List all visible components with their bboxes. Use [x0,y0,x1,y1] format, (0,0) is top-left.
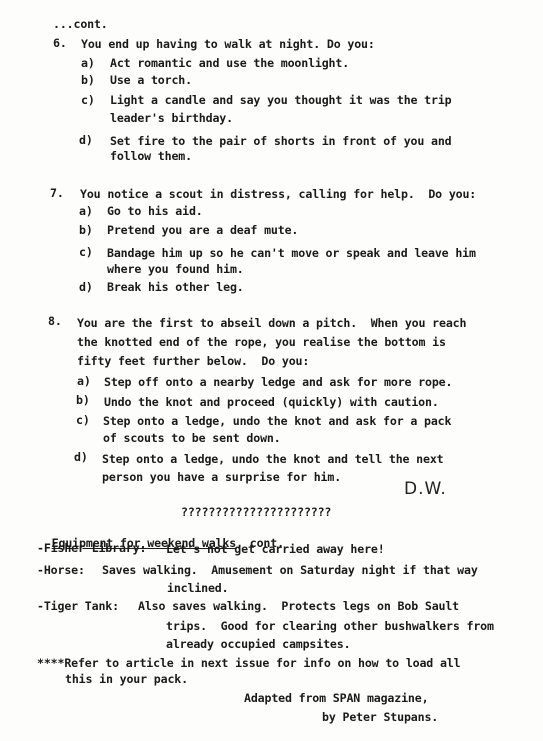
credit-author: by Peter Stupans. [322,710,438,724]
equipment-horse-name: -Horse: [37,563,85,577]
q8-option-b-text: Undo the knot and proceed (quickly) with… [104,395,439,409]
equipment-tiger-text: Also saves walking. Protects legs on Bob… [138,599,459,613]
cont-marker: ...cont. [53,17,108,31]
q6-option-c-text-2: leader's birthday. [110,111,233,125]
q7-option-b-text: Pretend you are a deaf mute. [107,223,298,237]
question-7-text: You notice a scout in distress, calling … [80,187,476,201]
question-8-text-1: You are the first to abseil down a pitch… [77,316,466,330]
question-8-number: 8. [48,314,62,328]
q7-option-d-text: Break his other leg. [107,280,244,294]
handwritten-signature: D.W. [404,479,447,499]
q8-option-d-text-2: person you have a surprise for him. [102,470,341,484]
q6-option-d-text-2: follow them. [110,149,192,163]
q7-option-a-text: Go to his aid. [107,204,203,218]
q6-option-b-text: Use a torch. [110,73,192,87]
equipment-fisher-text: Let's not get carried away here! [166,542,385,556]
q7-option-c-label: c) [79,245,93,259]
q6-option-c-label: c) [81,93,95,107]
question-8-text-2: the knotted end of the rope, you realise… [77,335,446,349]
equipment-tiger-text-2: trips. Good for clearing other bushwalke… [166,619,494,633]
question-6-number: 6. [53,36,67,50]
question-6-text: You end up having to walk at night. Do y… [81,37,375,51]
footnote-line-2: this in your pack. [65,672,188,686]
q6-option-d-label: d) [79,133,93,147]
question-7-number: 7. [50,186,64,200]
q8-option-a-text: Step off onto a nearby ledge and ask for… [104,375,452,389]
equipment-horse-text: Saves walking. Amusement on Saturday nig… [102,563,478,577]
q7-option-d-label: d) [79,280,93,294]
q8-option-c-text-2: of scouts to be sent down. [103,431,281,445]
footnote-line-1: ****Refer to article in next issue for i… [37,656,460,670]
q6-option-d-text: Set fire to the pair of shorts in front … [110,134,452,148]
section-separator: ?????????????????????? [181,505,331,519]
equipment-tiger-name: -Tiger Tank: [37,599,119,613]
q6-option-b-label: b) [81,73,95,87]
q8-option-a-label: a) [77,374,91,388]
equipment-fisher-name: -Fisher Library: [37,541,146,555]
q8-option-b-label: b) [76,393,90,407]
q8-option-c-label: c) [76,413,90,427]
q6-option-a-label: a) [81,56,95,70]
q7-option-b-label: b) [79,223,93,237]
q8-option-c-text: Step onto a ledge, undo the knot and ask… [103,414,451,428]
q6-option-a-text: Act romantic and use the moonlight. [110,56,349,70]
question-8-text-3: fifty feet further below. Do you: [77,354,309,368]
q7-option-c-text: Bandage him up so he can't move or speak… [107,246,476,260]
credit-source: Adapted from SPAN magazine, [244,691,428,705]
equipment-tiger-text-3: already occupied campsites. [166,637,350,651]
q7-option-c-text-2: where you found him. [107,262,244,276]
q7-option-a-label: a) [79,204,93,218]
q6-option-c-text: Light a candle and say you thought it wa… [110,93,452,107]
equipment-horse-text-2: inclined. [167,581,228,595]
q8-option-d-text: Step onto a ledge, undo the knot and tel… [102,452,444,466]
q8-option-d-label: d) [74,450,88,464]
